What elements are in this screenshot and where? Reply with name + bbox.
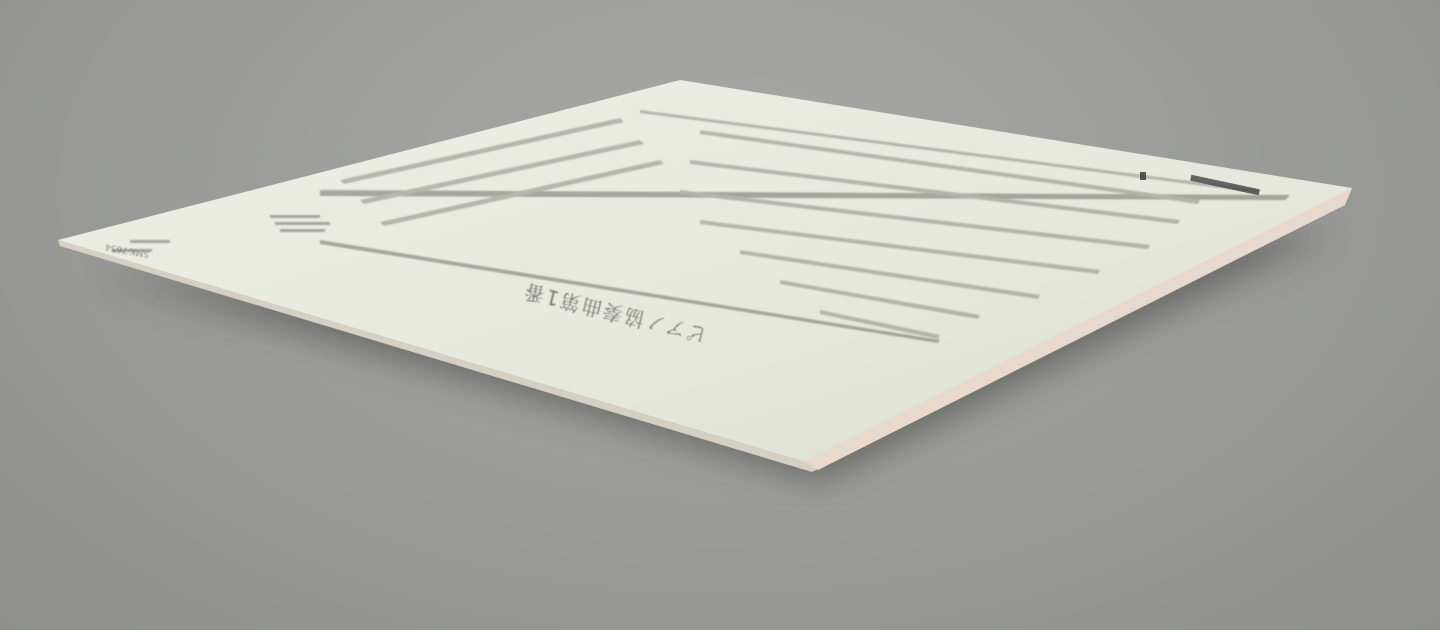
- sleeve-face: [58, 80, 1352, 462]
- record-sleeve: [0, 0, 1440, 630]
